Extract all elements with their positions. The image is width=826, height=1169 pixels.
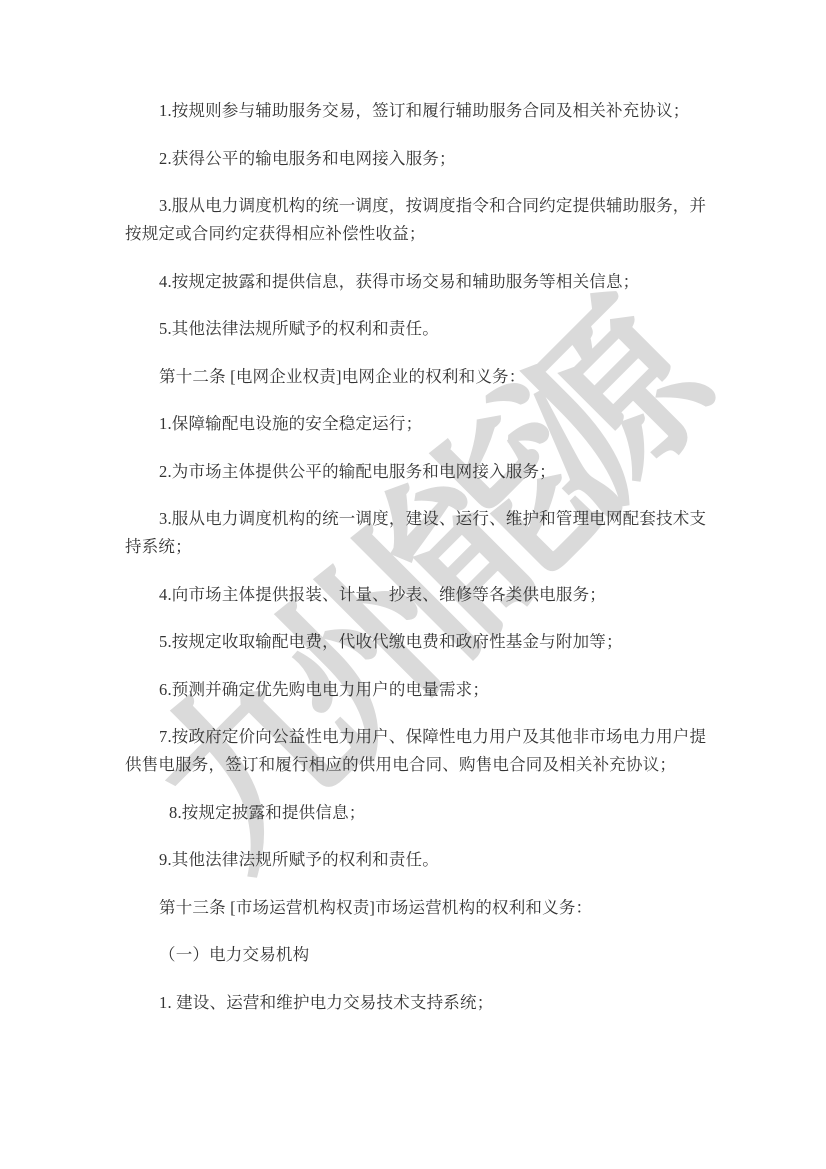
document-body: 1.按规则参与辅助服务交易，签订和履行辅助服务合同及相关补充协议； 2.获得公平… — [125, 97, 725, 1036]
clause-item: 5.按规定收取输配电费，代收代缴电费和政府性基金与附加等； — [125, 628, 725, 656]
clause-item: 6.预测并确定优先购电电力用户的电量需求； — [125, 676, 725, 704]
clause-item: 1. 建设、运营和维护电力交易技术支持系统； — [125, 989, 725, 1017]
clause-item: 3.服从电力调度机构的统一调度，按调度指令和合同约定提供辅助服务，并 按规定或合… — [125, 192, 725, 248]
clause-item: 2.为市场主体提供公平的输配电服务和电网接入服务； — [125, 458, 725, 486]
clause-item: 2.获得公平的输电服务和电网接入服务； — [125, 145, 725, 173]
clause-item: 5.其他法律法规所赋予的权利和责任。 — [125, 315, 725, 343]
article-heading: 第十二条 [电网企业权责]电网企业的权利和义务： — [125, 363, 725, 391]
clause-item: 9.其他法律法规所赋予的权利和责任。 — [125, 846, 725, 874]
clause-item: 1.按规则参与辅助服务交易，签订和履行辅助服务合同及相关补充协议； — [125, 97, 725, 125]
subsection-heading: （一）电力交易机构 — [125, 941, 725, 969]
article-heading: 第十三条 [市场运营机构权责]市场运营机构的权利和义务： — [125, 894, 725, 922]
clause-item: 4.按规定披露和提供信息，获得市场交易和辅助服务等相关信息； — [125, 268, 725, 296]
clause-item: 7.按政府定价向公益性电力用户、保障性电力用户及其他非市场电力用户提 供售电服务… — [125, 723, 725, 779]
clause-item: 3.服从电力调度机构的统一调度，建设、运行、维护和管理电网配套技术支 持系统； — [125, 505, 725, 561]
clause-item: 4.向市场主体提供报装、计量、抄表、维修等各类供电服务； — [125, 581, 725, 609]
clause-item: 8.按规定披露和提供信息； — [125, 799, 725, 827]
clause-item: 1.保障输配电设施的安全稳定运行； — [125, 410, 725, 438]
document-page: 九州能源 1.按规则参与辅助服务交易，签订和履行辅助服务合同及相关补充协议； 2… — [0, 0, 826, 1169]
